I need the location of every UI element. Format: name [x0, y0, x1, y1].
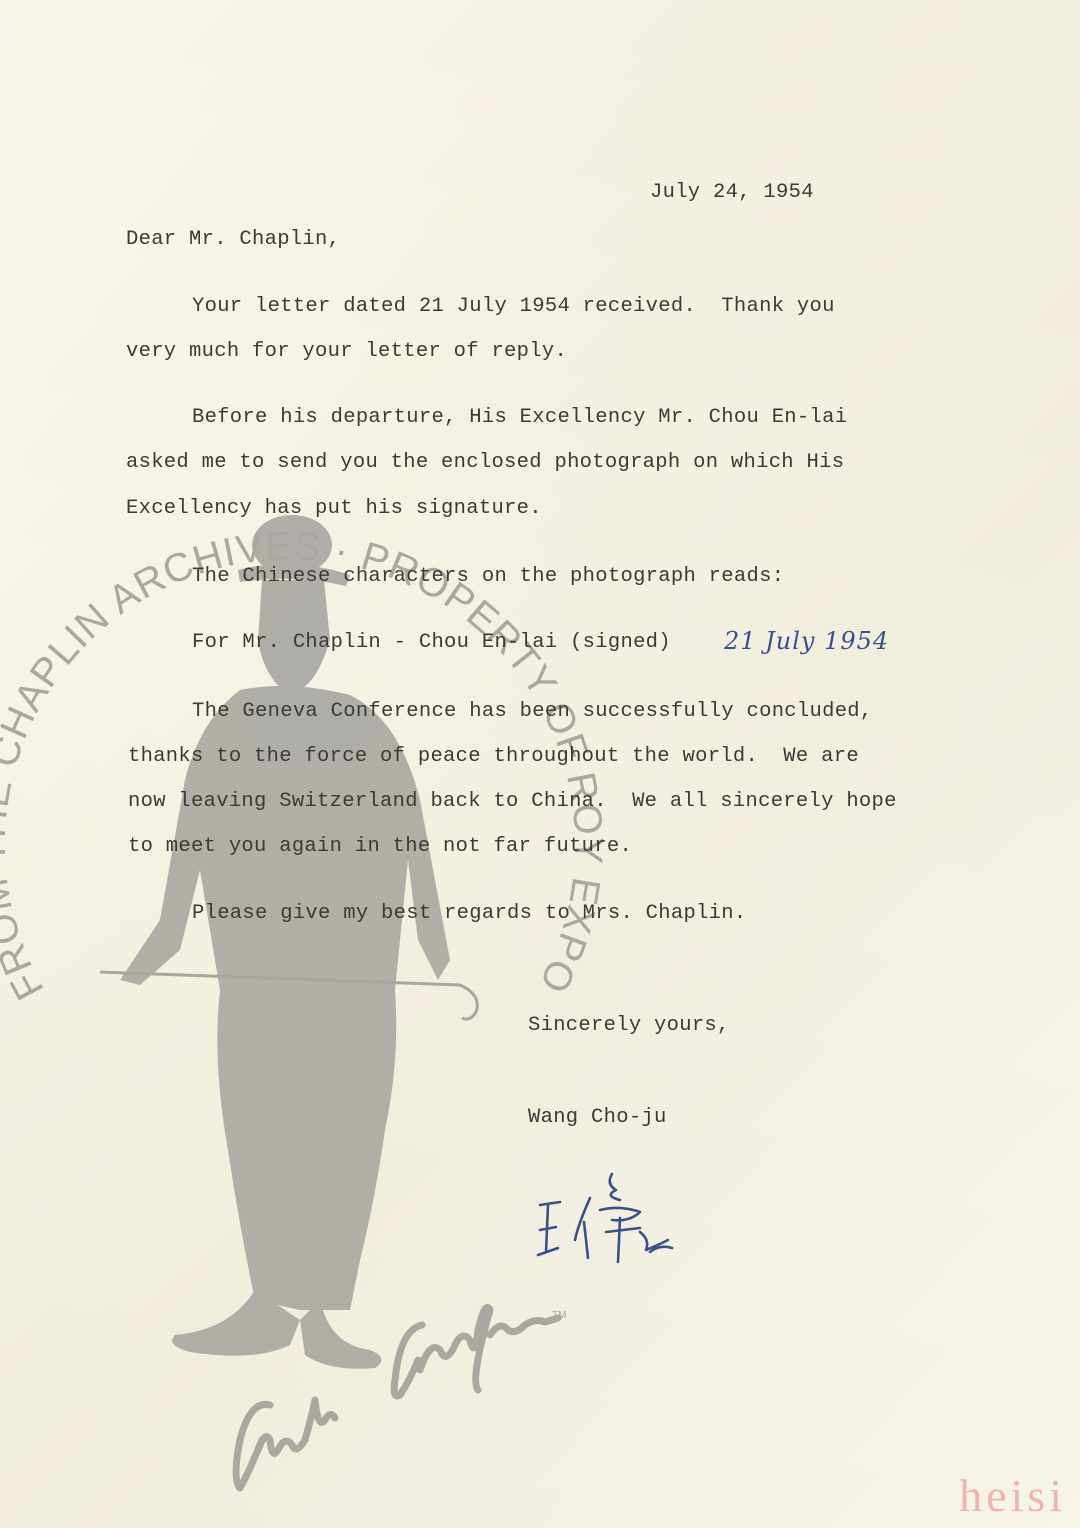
- letter-page: FROM THE CHAPLIN ARCHIVES · PROPERTY OF …: [0, 0, 1080, 1528]
- watermark-text: heisi: [959, 1469, 1066, 1522]
- chinese-signature: [0, 0, 1080, 1528]
